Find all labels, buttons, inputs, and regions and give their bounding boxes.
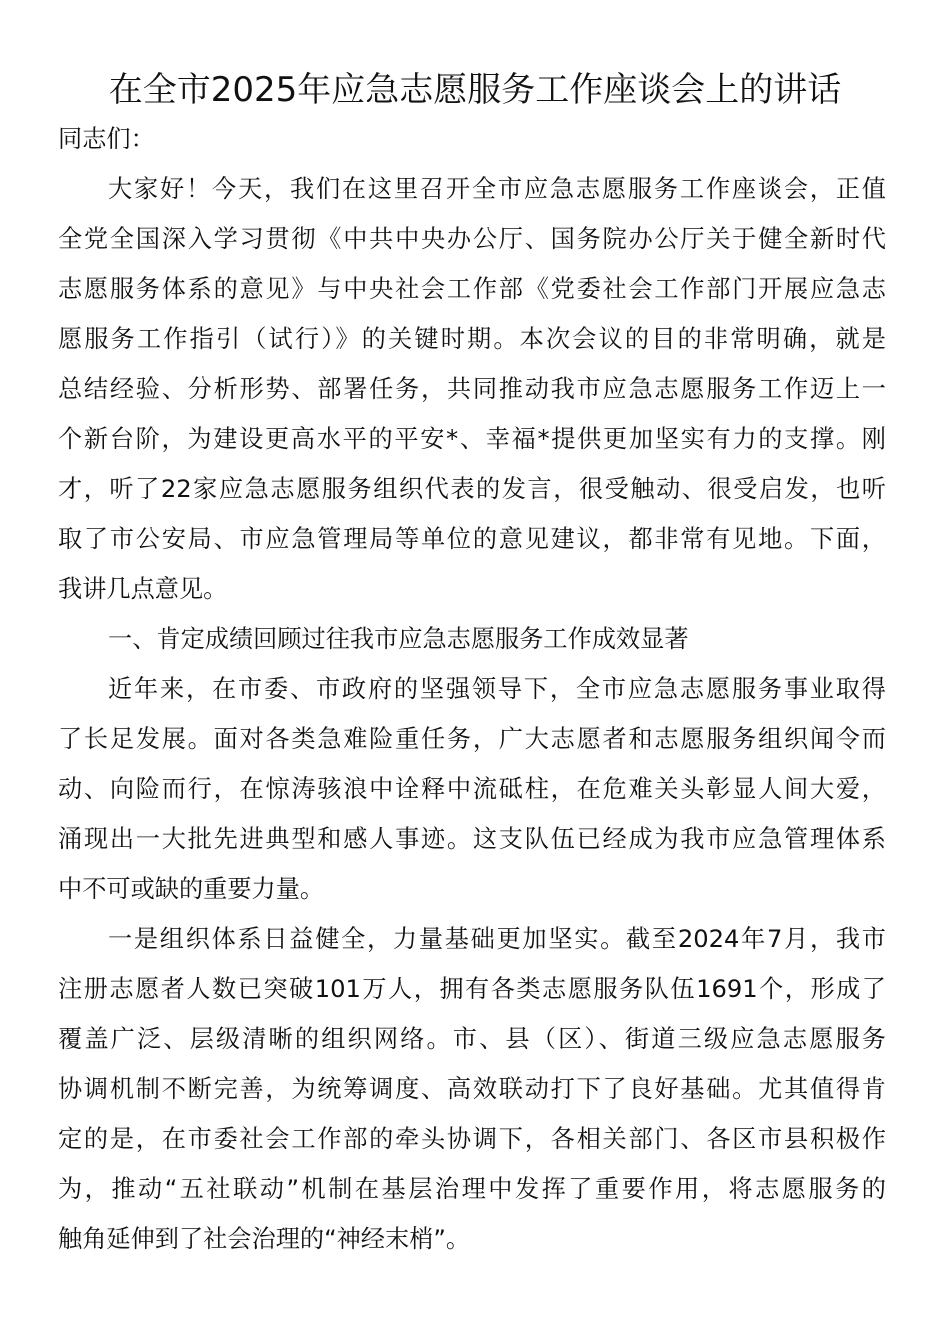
paragraph-line: 协调机制不断完善，为统筹调度、高效联动打下了良好基础。尤其值得肯 xyxy=(58,1064,886,1114)
paragraph-line: 了长足发展。面对各类急难险重任务，广大志愿者和志愿服务组织闻令而 xyxy=(58,714,886,764)
document-page: 在全市2025年应急志愿服务工作座谈会上的讲话 同志们： 大家好！今天，我们在这… xyxy=(0,0,950,1344)
paragraph-line: 取了市公安局、市应急管理局等单位的意见建议，都非常有见地。下面， xyxy=(58,514,886,564)
salutation: 同志们： xyxy=(58,114,886,164)
paragraph-line: 全党全国深入学习贯彻《中共中央办公厅、国务院办公厅关于健全新时代 xyxy=(58,214,886,264)
paragraph-line: 个新台阶，为建设更高水平的平安*、幸福*提供更加坚实有力的支撑。刚 xyxy=(58,414,886,464)
document-body: 同志们： 大家好！今天，我们在这里召开全市应急志愿服务工作座谈会，正值 全党全国… xyxy=(58,114,886,1264)
paragraph-line: 为，推动“五社联动”机制在基层治理中发挥了重要作用，将志愿服务的 xyxy=(58,1164,886,1214)
paragraph-line: 涌现出一大批先进典型和感人事迹。这支队伍已经成为我市应急管理体系 xyxy=(58,814,886,864)
paragraph-line: 一是组织体系日益健全，力量基础更加坚实。截至2024年7月，我市 xyxy=(58,914,886,964)
section-heading: 一、肯定成绩回顾过往我市应急志愿服务工作成效显著 xyxy=(58,614,886,664)
paragraph-line: 定的是，在市委社会工作部的牵头协调下，各相关部门、各区市县积极作 xyxy=(58,1114,886,1164)
paragraph-line: 近年来，在市委、市政府的坚强领导下，全市应急志愿服务事业取得 xyxy=(58,664,886,714)
paragraph-line: 动、向险而行，在惊涛骇浪中诠释中流砥柱，在危难关头彰显人间大爱， xyxy=(58,764,886,814)
paragraph-line: 注册志愿者人数已突破101万人，拥有各类志愿服务队伍1691个，形成了 xyxy=(58,964,886,1014)
paragraph-line: 覆盖广泛、层级清晰的组织网络。市、县（区）、街道三级应急志愿服务 xyxy=(58,1014,886,1064)
paragraph-line: 总结经验、分析形势、部署任务，共同推动我市应急志愿服务工作迈上一 xyxy=(58,364,886,414)
paragraph-line: 志愿服务体系的意见》与中央社会工作部《党委社会工作部门开展应急志 xyxy=(58,264,886,314)
document-title: 在全市2025年应急志愿服务工作座谈会上的讲话 xyxy=(0,66,950,114)
paragraph-line: 大家好！今天，我们在这里召开全市应急志愿服务工作座谈会，正值 xyxy=(58,164,886,214)
paragraph-line: 愿服务工作指引（试行）》的关键时期。本次会议的目的非常明确，就是 xyxy=(58,314,886,364)
paragraph-line: 才，听了22家应急志愿服务组织代表的发言，很受触动、很受启发，也听 xyxy=(58,464,886,514)
paragraph-line: 触角延伸到了社会治理的“神经末梢”。 xyxy=(58,1214,886,1264)
paragraph-line: 我讲几点意见。 xyxy=(58,564,886,614)
paragraph-line: 中不可或缺的重要力量。 xyxy=(58,864,886,914)
